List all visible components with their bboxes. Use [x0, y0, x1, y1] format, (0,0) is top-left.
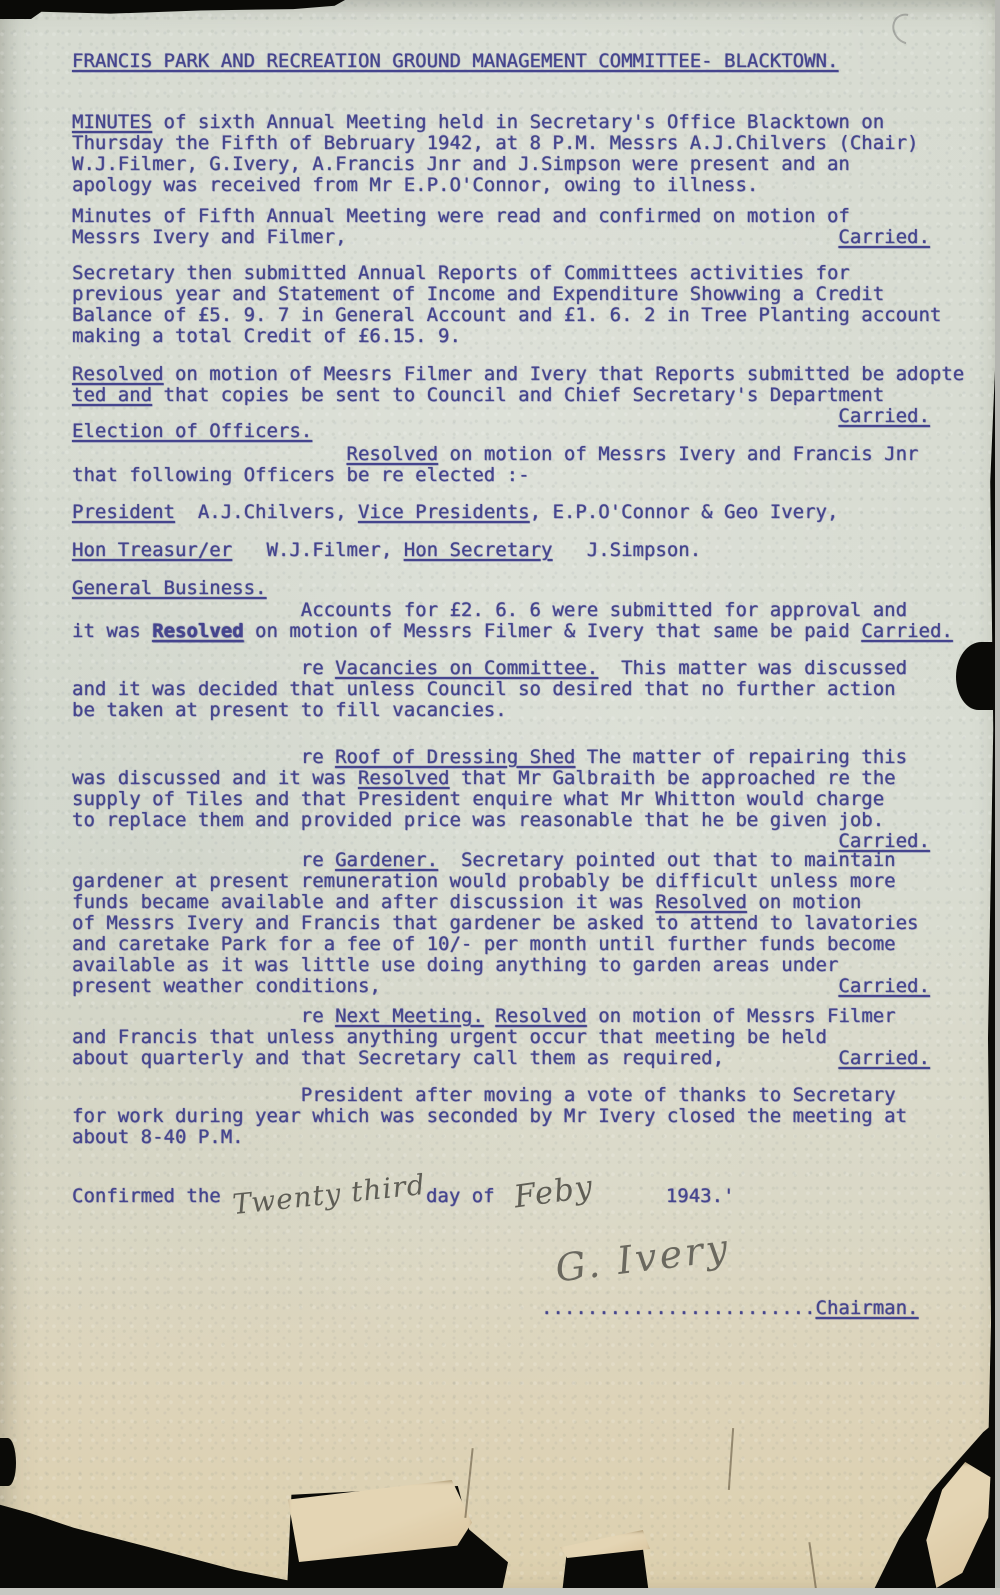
typed-text: about 8-40 P.M.: [72, 1126, 244, 1148]
paragraph-minutes_confirmed: Minutes of Fifth Annual Meeting were rea…: [72, 206, 930, 248]
paragraph-treasurer_line: Hon Treasur/er W.J.Filmer, Hon Secretary…: [72, 540, 701, 561]
typed-text: Resolved: [152, 620, 244, 642]
typed-text: J.Simpson.: [552, 539, 701, 561]
typed-text: Next Meeting.: [335, 1005, 484, 1027]
document-line: for work during year which was seconded …: [72, 1106, 907, 1127]
document-line: and Francis that unless anything urgent …: [72, 1027, 930, 1048]
typed-text: President: [72, 501, 175, 523]
typed-text: apology was received from Mr E.P.O'Conno…: [72, 174, 758, 196]
typed-text: Election of Officers.: [72, 420, 312, 442]
document-line: ted and that copies be sent to Council a…: [72, 385, 964, 406]
typed-text: for work during year which was seconded …: [72, 1105, 907, 1127]
paragraph-title: FRANCIS PARK AND RECREATION GROUND MANAG…: [72, 51, 838, 72]
document-line: available as it was little use doing any…: [72, 955, 930, 976]
paragraph-vote_of_thanks: President after moving a vote of thanks …: [72, 1085, 907, 1148]
typed-text: re: [72, 746, 335, 768]
typed-text: W.J.Filmer,: [232, 539, 404, 561]
typed-text: , E.P.O'Connor & Geo Ivery,: [530, 501, 839, 523]
document-line: be taken at present to fill vacancies.: [72, 700, 907, 721]
document-line: re Roof of Dressing Shed The matter of r…: [72, 747, 930, 768]
document-line: it was Resolved on motion of Messrs Film…: [72, 621, 953, 642]
torn-edge-top: [0, 0, 345, 19]
document-line: making a total Credit of £6.15. 9.: [72, 326, 941, 347]
typed-text: [72, 443, 347, 465]
paragraph-signature: ........................Chairman.G. Iver…: [72, 1298, 919, 1319]
typed-text: be taken at present to fill vacancies.: [72, 699, 507, 721]
document-line: apology was received from Mr E.P.O'Conno…: [72, 175, 918, 196]
typed-text: supply of Tiles and that President enqui…: [72, 788, 884, 810]
typed-text: Carried.: [838, 1047, 930, 1069]
typed-text: Roof of Dressing Shed: [335, 746, 575, 768]
typed-text: Carried.: [838, 405, 930, 427]
document-line: FRANCIS PARK AND RECREATION GROUND MANAG…: [72, 51, 838, 72]
torn-edge-right-blob: [956, 642, 998, 710]
torn-edge-left-blob: [0, 1438, 16, 1486]
typed-text: was discussed and it was: [72, 767, 358, 789]
typed-text: previous year and Statement of Income an…: [72, 283, 884, 305]
document-line: MINUTES of sixth Annual Meeting held in …: [72, 112, 918, 133]
typed-text: Resolved: [347, 443, 439, 465]
paper-crack: [808, 1542, 817, 1594]
paragraph-vacancies: re Vacancies on Committee. This matter w…: [72, 658, 907, 721]
document-line: to replace them and provided price was r…: [72, 810, 930, 831]
document-line: General Business.: [72, 578, 266, 599]
pencil-mark: [886, 8, 927, 50]
document-line: gardener at present remuneration would p…: [72, 871, 930, 892]
typed-text: Carried.: [838, 226, 930, 248]
typed-text: day of: [426, 1185, 506, 1207]
typed-text: on motion of Messrs Ivery and Francis Jn…: [438, 443, 918, 465]
typed-text: Carried.: [838, 975, 930, 997]
document-line: and it was decided that unless Council s…: [72, 679, 907, 700]
typed-text: and it was decided that unless Council s…: [72, 678, 896, 700]
paragraph-accounts: Accounts for £2. 6. 6 were submitted for…: [72, 600, 953, 642]
typed-text: Messrs Ivery and Filmer,: [72, 226, 838, 248]
scanned-minutes-document: { "colors":{ "ink":"#45458e", "pencil":"…: [0, 0, 1000, 1595]
paragraph-gardener: re Gardener. Secretary pointed out that …: [72, 850, 930, 997]
handwritten-text: Feby: [506, 1181, 630, 1198]
typed-text: [484, 1005, 495, 1027]
typed-text: MINUTES: [72, 111, 152, 133]
paragraph-president_line: President A.J.Chilvers, Vice Presidents,…: [72, 502, 838, 523]
paragraph-opening: MINUTES of sixth Annual Meeting held in …: [72, 112, 918, 196]
typed-text: General Business.: [72, 577, 266, 599]
paragraph-roof: re Roof of Dressing Shed The matter of r…: [72, 747, 930, 852]
document-page: FRANCIS PARK AND RECREATION GROUND MANAG…: [0, 0, 1000, 1595]
document-line: funds became available and after discuss…: [72, 892, 930, 913]
document-line: re Next Meeting. Resolved on motion of M…: [72, 1006, 930, 1027]
typed-text: W.J.Filmer, G.Ivery, A.Francis Jnr and J…: [72, 153, 850, 175]
document-line: Balance of £5. 9. 7 in General Account a…: [72, 305, 941, 326]
typed-text: This matter was discussed: [598, 657, 907, 679]
typed-text: about quarterly and that Secretary call …: [72, 1047, 838, 1069]
typed-text: available as it was little use doing any…: [72, 954, 838, 976]
typed-text: Carried.: [861, 620, 953, 642]
document-line: re Gardener. Secretary pointed out that …: [72, 850, 930, 871]
typed-text: Secretary then submitted Annual Reports …: [72, 262, 850, 284]
typed-text: re: [72, 1005, 335, 1027]
typed-text: Hon Secretary: [404, 539, 553, 561]
typed-text: Resolved: [72, 363, 164, 385]
document-line: supply of Tiles and that President enqui…: [72, 789, 930, 810]
document-line: W.J.Filmer, G.Ivery, A.Francis Jnr and J…: [72, 154, 918, 175]
typed-text: that Mr Galbraith be approached re the: [450, 767, 896, 789]
typed-text: Balance of £5. 9. 7 in General Account a…: [72, 304, 941, 326]
document-line: and caretake Park for a fee of 10/- per …: [72, 934, 930, 955]
document-line: President A.J.Chilvers, Vice Presidents,…: [72, 502, 838, 523]
typed-text: Chairman.: [816, 1297, 919, 1319]
typed-text: Resolved: [655, 891, 747, 913]
typed-text: Vacancies on Committee.: [335, 657, 598, 679]
typed-text: and Francis that unless anything urgent …: [72, 1026, 827, 1048]
typed-text: ted and: [72, 384, 152, 406]
document-line: Minutes of Fifth Annual Meeting were rea…: [72, 206, 930, 227]
paper-crack: [464, 1448, 473, 1518]
paper-crack: [728, 1428, 734, 1490]
handwritten-text: G. Ivery: [556, 1247, 730, 1268]
document-line: Election of Officers.: [72, 421, 312, 442]
document-line: was discussed and it was Resolved that M…: [72, 768, 930, 789]
document-line: Secretary then submitted Annual Reports …: [72, 263, 941, 284]
scanner-edge-right: [995, 0, 1000, 1595]
document-line: about quarterly and that Secretary call …: [72, 1048, 930, 1069]
typed-text: and caretake Park for a fee of 10/- per …: [72, 933, 896, 955]
typed-text: gardener at present remuneration would p…: [72, 870, 896, 892]
typed-text: on motion of Messrs Filmer & Ivery that …: [244, 620, 862, 642]
typed-text: on motion of Messrs Filmer: [587, 1005, 896, 1027]
handwritten-text: Twenty third: [233, 1185, 426, 1205]
document-line: Resolved on motion of Messrs Ivery and F…: [72, 444, 919, 465]
paragraph-general_business_heading: General Business.: [72, 578, 266, 599]
paragraph-next_meeting: re Next Meeting. Resolved on motion of M…: [72, 1006, 930, 1069]
paragraph-annual_reports: Secretary then submitted Annual Reports …: [72, 263, 941, 347]
typed-text: The matter of repairing this: [575, 746, 907, 768]
typed-text: Resolved: [358, 767, 450, 789]
typed-text: of sixth Annual Meeting held in Secretar…: [152, 111, 884, 133]
document-line: Confirmed the Twenty thirdday of Feby 19…: [72, 1186, 735, 1207]
document-line: Resolved on motion of Meesrs Filmer and …: [72, 364, 964, 385]
document-line: of Messrs Ivery and Francis that gardene…: [72, 913, 930, 934]
document-line: ........................Chairman.G. Iver…: [72, 1298, 919, 1319]
document-line: President after moving a vote of thanks …: [72, 1085, 907, 1106]
document-line: previous year and Statement of Income an…: [72, 284, 941, 305]
document-line: Thursday the Fifth of Bebruary 1942, at …: [72, 133, 918, 154]
typed-text: Secretary pointed out that to maintain: [438, 849, 896, 871]
typed-text: Confirmed the: [72, 1185, 232, 1207]
document-line: present weather conditions, Carried.: [72, 976, 930, 997]
paragraph-officers_resolution: Resolved on motion of Messrs Ivery and F…: [72, 444, 919, 486]
document-line: re Vacancies on Committee. This matter w…: [72, 658, 907, 679]
scan-background: FRANCIS PARK AND RECREATION GROUND MANAG…: [0, 0, 1000, 1595]
typed-text: on motion of Meesrs Filmer and Ivery tha…: [164, 363, 965, 385]
typed-text: ........................: [72, 1297, 816, 1319]
document-line: about 8-40 P.M.: [72, 1127, 907, 1148]
typed-text: that following Officers be re elected :-: [72, 464, 530, 486]
torn-corner-bottom-left: [0, 1490, 335, 1595]
paragraph-confirmation: Confirmed the Twenty thirdday of Feby 19…: [72, 1186, 735, 1207]
typed-text: A.J.Chilvers,: [175, 501, 358, 523]
typed-text: re: [72, 849, 335, 871]
typed-text: on motion: [747, 891, 861, 913]
typed-text: Minutes of Fifth Annual Meeting were rea…: [72, 205, 850, 227]
document-line: that following Officers be re elected :-: [72, 465, 919, 486]
typed-text: Accounts for £2. 6. 6 were submitted for…: [72, 599, 907, 621]
document-line: Accounts for £2. 6. 6 were submitted for…: [72, 600, 953, 621]
typed-text: FRANCIS PARK AND RECREATION GROUND MANAG…: [72, 50, 838, 72]
typed-text: it was: [72, 620, 152, 642]
typed-text: Hon Treasur/er: [72, 539, 232, 561]
typed-text: funds became available and after discuss…: [72, 891, 655, 913]
typed-text: Gardener.: [335, 849, 438, 871]
document-line: Messrs Ivery and Filmer, Carried.: [72, 227, 930, 248]
typed-text: Resolved: [495, 1005, 587, 1027]
typed-text: to replace them and provided price was r…: [72, 809, 884, 831]
typed-text: making a total Credit of £6.15. 9.: [72, 325, 461, 347]
typed-text: that copies be sent to Council and Chief…: [152, 384, 884, 406]
typed-text: present weather conditions,: [72, 975, 838, 997]
typed-text: President after moving a vote of thanks …: [72, 1084, 896, 1106]
paragraph-election_heading: Election of Officers.: [72, 421, 312, 442]
scanner-edge-bottom: [0, 1588, 1000, 1595]
typed-text: of Messrs Ivery and Francis that gardene…: [72, 912, 918, 934]
paragraph-reports_adopted: Resolved on motion of Meesrs Filmer and …: [72, 364, 964, 427]
typed-text: Vice Presidents: [358, 501, 530, 523]
typed-text: re: [72, 657, 335, 679]
typed-text: Thursday the Fifth of Bebruary 1942, at …: [72, 132, 918, 154]
document-line: Hon Treasur/er W.J.Filmer, Hon Secretary…: [72, 540, 701, 561]
typed-text: 1943.': [632, 1185, 735, 1207]
